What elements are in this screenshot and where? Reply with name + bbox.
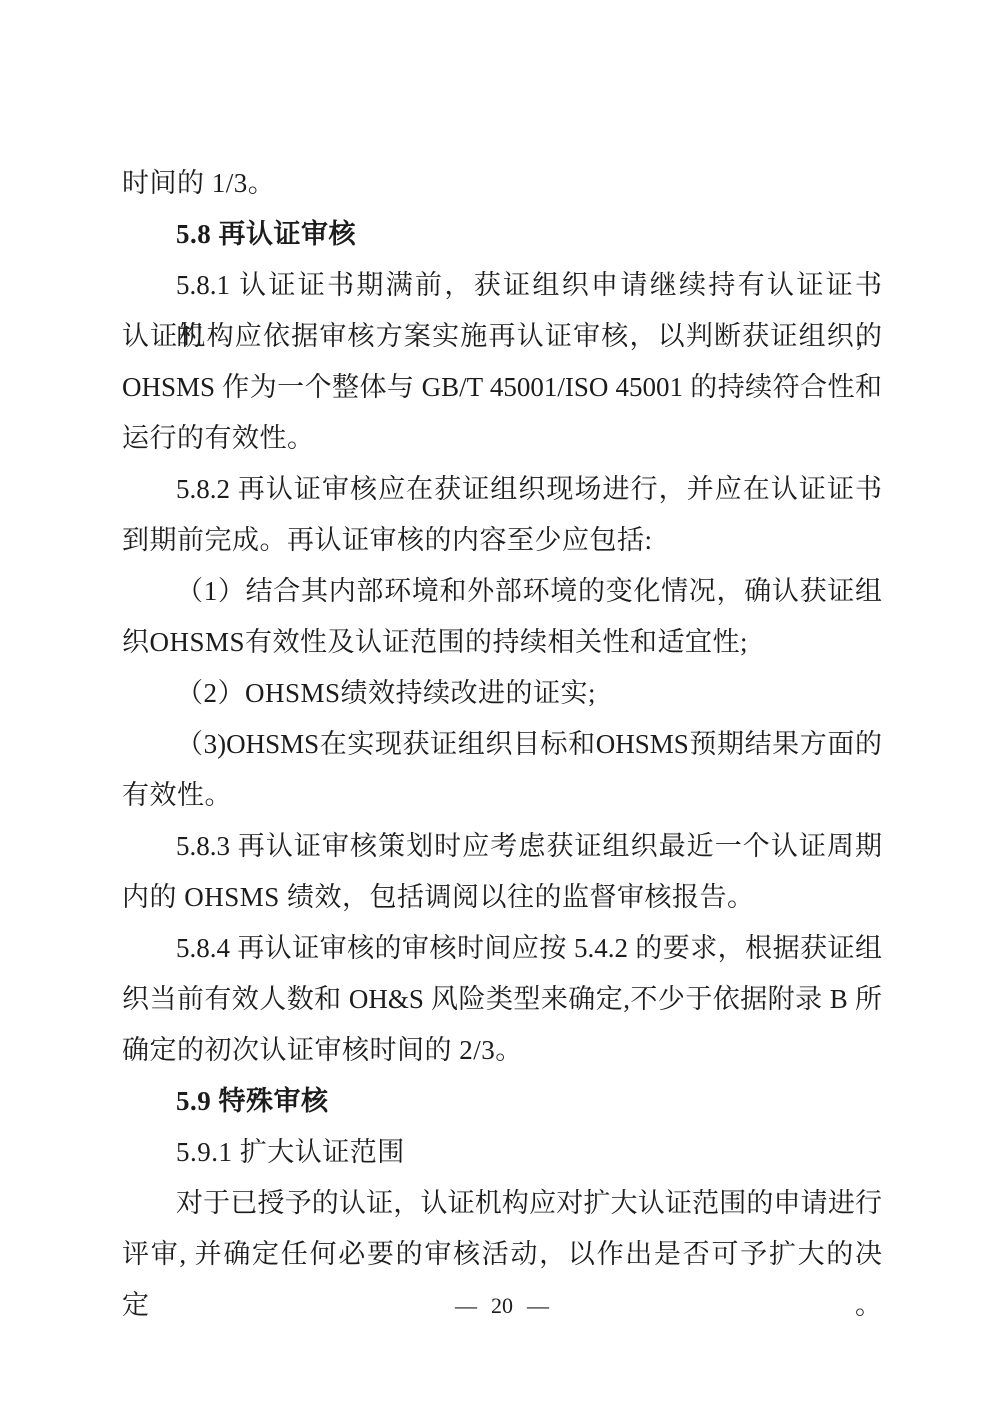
body-text-line: 运行的有效性。 [122,413,882,464]
body-text-line: 5.8.4 再认证审核的审核时间应按 5.4.2 的要求，根据获证组 [122,923,882,974]
page-number: 20 [491,1293,513,1318]
body-text-line: 认证机构应依据审核方案实施再认证审核，以判断获证组织的 [122,311,882,362]
body-text-line: 织OHSMS有效性及认证范围的持续相关性和适宜性; [122,617,882,668]
document-page: 时间的 1/3。5.8 再认证审核5.8.1 认证证书期满前，获证组织申请继续持… [0,0,1000,1414]
section-heading-line: 5.9 特殊审核 [122,1076,882,1127]
body-text-line: 5.8.2 再认证审核应在获证组织现场进行，并应在认证证书 [122,464,882,515]
body-text-line: 对于已授予的认证，认证机构应对扩大认证范围的申请进行 [122,1178,882,1229]
body-text-line: 评审, 并确定任何必要的审核活动，以作出是否可予扩大的决定。 [122,1229,882,1280]
body-text-line: （3)OHSMS在实现获证组织目标和OHSMS预期结果方面的 [122,719,882,770]
body-text-line: （2）OHSMS绩效持续改进的证实; [122,668,882,719]
body-text-line: 织当前有效人数和 OH&S 风险类型来确定,不少于依据附录 B 所 [122,974,882,1025]
body-text-line: 到期前完成。再认证审核的内容至少应包括: [122,515,882,566]
footer-right-dash: — [527,1290,549,1322]
body-text-line: 内的 OHSMS 绩效，包括调阅以往的监督审核报告。 [122,872,882,923]
body-text-line: 时间的 1/3。 [122,158,882,209]
body-text-line: （1）结合其内部环境和外部环境的变化情况，确认获证组 [122,566,882,617]
body-text-line: 有效性。 [122,770,882,821]
text-column: 时间的 1/3。5.8 再认证审核5.8.1 认证证书期满前，获证组织申请继续持… [122,158,882,1280]
body-text-line: 5.8.1 认证证书期满前，获证组织申请继续持有认证证书的， [122,260,882,311]
body-text-line: OHSMS 作为一个整体与 GB/T 45001/ISO 45001 的持续符合… [122,362,882,413]
page-footer: —20— [122,1290,882,1322]
body-text-line: 5.8.3 再认证审核策划时应考虑获证组织最近一个认证周期 [122,821,882,872]
body-text-line: 5.9.1 扩大认证范围 [122,1127,882,1178]
body-text-line: 确定的初次认证审核时间的 2/3。 [122,1025,882,1076]
footer-left-dash: — [455,1290,477,1322]
section-heading-line: 5.8 再认证审核 [122,209,882,260]
